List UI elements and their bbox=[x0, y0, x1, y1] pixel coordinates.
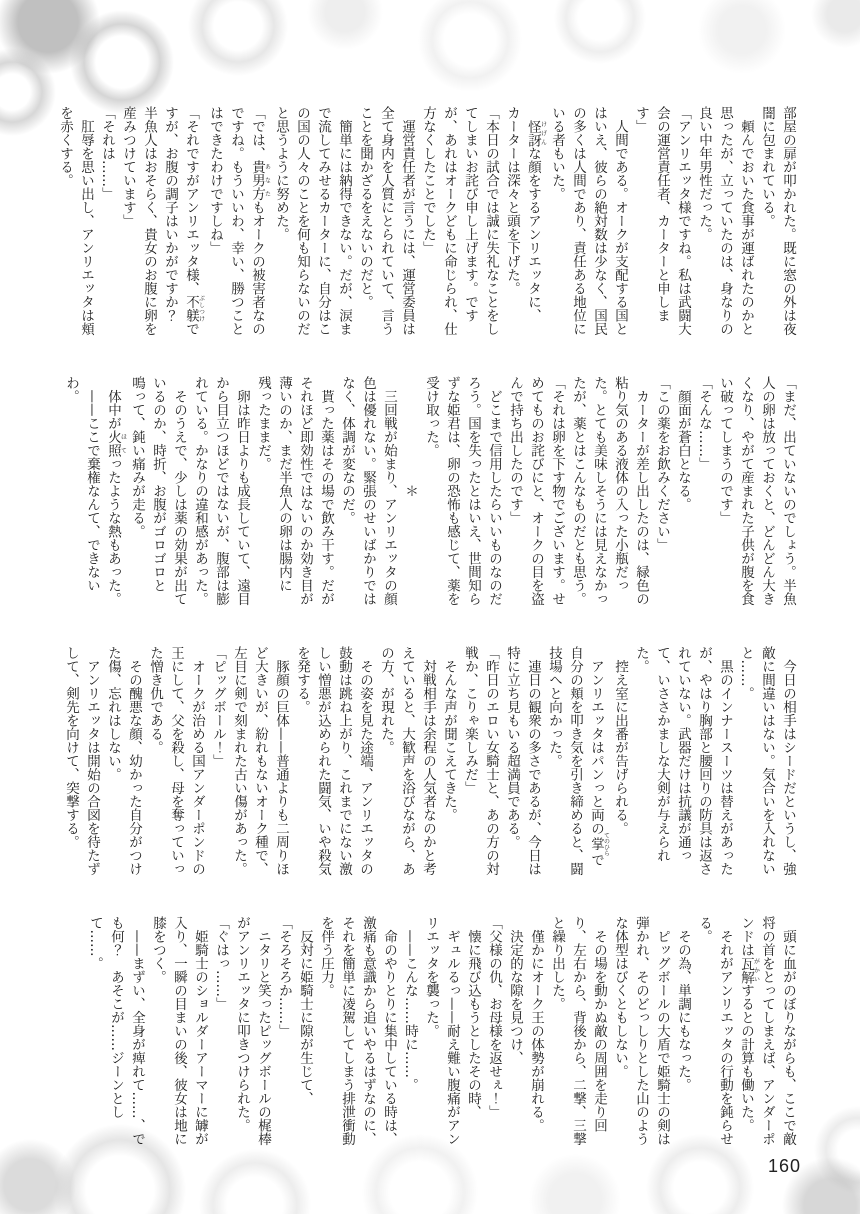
paragraph: 「そんな……」 bbox=[693, 376, 714, 606]
text-band-4: 頭に血がのぼりながらも、ここで敵将の首をとってしまえば、アンダーポンドは瓦解がか… bbox=[78, 916, 798, 1146]
paragraph: 人間である。オークが支配する国とはいえ、彼らの絶対数は少なく、国民の多くは人間で… bbox=[546, 106, 630, 336]
furigana-ruby: 火照ほて bbox=[105, 430, 121, 457]
text-band-3: 今日の相手はシードだというし、強敵に間違いはない。気合いを入れないと……。 黒の… bbox=[78, 646, 798, 876]
paragraph: そんな声が聞こえてきた。 bbox=[438, 646, 459, 876]
paragraph: 「ピッグボール！」 bbox=[207, 646, 228, 876]
paragraph: オークが治める国アンダーポンドの王にして、父を殺し、母を奪っていった憎き仇である… bbox=[144, 646, 207, 876]
paragraph: 卵は昨日よりも成長していて、遠目から目立つほどではないが、腹部は膨れている。かな… bbox=[189, 376, 252, 606]
paragraph: 僅かにオーク王の体勢が崩れる。 bbox=[525, 916, 546, 1146]
paragraph: 「それは卵を下す物でございます。せめてものお詫びにと、オークの目を盗んで持ち出し… bbox=[504, 376, 567, 606]
paragraph: 「まだ、出ていないのでしょう。半魚人の卵は放っておくと、どんどん大きくなり、やが… bbox=[714, 376, 798, 606]
furigana-ruby: 怪訝けげん bbox=[525, 120, 541, 147]
paragraph: 黒のインナースーツは替えがあったが、やはり胸部と腰回りの防具は返されていない。武… bbox=[630, 646, 735, 876]
paragraph: 「それですがアンリエッタ様、不躾ぶしつけですが、お腹の調子はいかがですか？ 半魚… bbox=[117, 106, 204, 336]
paragraph: 「父様の仇、お母様を返せぇ！」 bbox=[483, 916, 504, 1146]
paragraph: それがアンリエッタの行動を鈍らせる。 bbox=[693, 916, 735, 1146]
paragraph: 怪訝けげんな顔をするアンリエッタに、カーターは深々と頭を下げた。 bbox=[501, 106, 546, 336]
paragraph: 今日の相手はシードだというし、強敵に間違いはない。気合いを入れないと……。 bbox=[735, 646, 798, 876]
paragraph: 肛辱を思い出し、アンリエッタは頬を赤くする。 bbox=[54, 106, 96, 336]
paragraph: 体中が火照ほてったような熱もあった。 bbox=[102, 376, 126, 606]
paragraph: 「この薬をお飲みください」 bbox=[651, 376, 672, 606]
paragraph: 懐に飛び込もうとしたその時、 bbox=[462, 916, 483, 1146]
paragraph: そのうえで、少しは薬の効果が出ているのか、時折、お腹がゴロゴロと鳴って、鈍い痛み… bbox=[126, 376, 189, 606]
paragraph: 「ぐはっ……」 bbox=[210, 916, 231, 1146]
paragraph: 頼んでおいた食事が運ばれたのかと思ったが、立っていたのは、身なりの良い中年男性だ… bbox=[693, 106, 756, 336]
paragraph: 簡単には納得できない。だが、涙まで流してみせるカーターに、自分はこの国の人々のこ… bbox=[270, 106, 354, 336]
paragraph: ——まずい、全身が痺れて……、でも何？ あそこが……ジーンとして……。 bbox=[84, 916, 147, 1146]
paragraph: 「アンリエッタ様ですね。私は武闘大会の運営責任者、カーターと申します」 bbox=[630, 106, 693, 336]
paragraph: 姫騎士のショルダーアーマーに罅が入り、一瞬の目まいの後、彼女は地に膝をつく。 bbox=[147, 916, 210, 1146]
paragraph: アンリエッタはパンっと両の掌てのひらで自分の頬を叩き気を引き締めると、闘技場へと… bbox=[543, 646, 609, 876]
paragraph: ——こんな……時に……。 bbox=[399, 916, 420, 1146]
paragraph: どこまで信用したらいいものなのだろう。国を失ったとはいえ、世間知らずな姫君は、卵… bbox=[420, 376, 504, 606]
paragraph: 命のやりとりに集中している時は、激痛も意識から追いやるはずなのに、それを簡単に凌… bbox=[315, 916, 399, 1146]
paragraph: 「そろそろか……」 bbox=[273, 916, 294, 1146]
text-band-2: 「まだ、出ていないのでしょう。半魚人の卵は放っておくと、どんどん大きくなり、やが… bbox=[78, 376, 798, 606]
paragraph: ＊ bbox=[399, 376, 420, 606]
book-page: { "page": { "number": "160" }, "content"… bbox=[0, 0, 860, 1214]
paragraph: 決定的な隙を見つけ、 bbox=[504, 916, 525, 1146]
paragraph: ニタリと笑ったピッグボールの梶棒がアンリエッタに叩きつけられた。 bbox=[231, 916, 273, 1146]
paragraph: 頭に血がのぼりながらも、ここで敵将の首をとってしまえば、アンダーポンドは瓦解がか… bbox=[735, 916, 798, 1146]
paragraph: 「昨日のエロい女騎士と、あの方の対戦か、こりゃ楽しみだ」 bbox=[459, 646, 501, 876]
paragraph: ピッグボールの大盾で姫騎士の剣は弾かれ、そのどっしりとした山のような体型はびくと… bbox=[609, 916, 672, 1146]
paragraph: その為、単調にもなった。 bbox=[672, 916, 693, 1146]
furigana-ruby: 貴男方あなた bbox=[249, 160, 265, 201]
paragraph: 「それは……」 bbox=[96, 106, 117, 336]
paragraph: 貰った薬はその場で飲み干す。だがそれほど即効性ではないのか効き目が薄いのか、まだ… bbox=[252, 376, 336, 606]
paragraph: その場を動かぬ敵の周囲を走り回り、左右から、背後から、二撃、三撃と繰り出した。 bbox=[546, 916, 609, 1146]
paragraph: 対戦相手は余程の人気者なのかと考えていると、大歓声を浴びながら、あの方、が現れた… bbox=[375, 646, 438, 876]
paragraph: 反対に姫騎士に隙が生じて、 bbox=[294, 916, 315, 1146]
paragraph: 豚顔の巨体——普通よりも二周りほど大きいが、紛れもないオーク種で、左目に剣で刻ま… bbox=[228, 646, 291, 876]
text-band-1: 部屋の扉が叩かれた。既に窓の外は夜闇に包まれている。 頼んでおいた食事が運ばれた… bbox=[78, 106, 798, 336]
paragraph: 「では、貴男方あなたもオークの被害者なのですね。もういいわ、幸い、勝つことはでき… bbox=[204, 106, 270, 336]
paragraph: 顔面が蒼白となる。 bbox=[672, 376, 693, 606]
furigana-ruby: 不躾ぶしつけ bbox=[183, 295, 199, 322]
paragraph: その醜悪な顔、幼かった自分がつけた傷、忘れはしない。 bbox=[102, 646, 144, 876]
paragraph: カーターが差し出したのは、緑色の粘り気のある液体の入った小瓶だった。とても美味し… bbox=[567, 376, 651, 606]
paragraph: 三回戦が始まり、アンリエッタの顔色は優れない。緊張のせいばかりではなく、体調が変… bbox=[336, 376, 399, 606]
paragraph: 部屋の扉が叩かれた。既に窓の外は夜闇に包まれている。 bbox=[756, 106, 798, 336]
paragraph: 連日の観衆の多さであるが、今日は特に立ち見もいる超満員である。 bbox=[501, 646, 543, 876]
furigana-ruby: 瓦解がかい bbox=[738, 957, 754, 984]
paragraph: 運営責任者が言うには、運営委員は全て身内を人質にとられていて、言うことを聞かざる… bbox=[354, 106, 417, 336]
paragraph: ——ここで棄権なんて、できないわ。 bbox=[60, 376, 102, 606]
paragraph: 「本日の試合では誠に失礼なことをしてしまいお詫び申し上げます。ですが、あれはオー… bbox=[417, 106, 501, 336]
paragraph: 控え室に出番が告げられる。 bbox=[609, 646, 630, 876]
paragraph: その姿を見た途端、アンリエッタの鼓動は跳ね上がり、これまでにない激しい憎悪が込め… bbox=[291, 646, 375, 876]
paragraph: ギュルるっ——耐え難い腹痛がアンリエッタを襲った。 bbox=[420, 916, 462, 1146]
page-number: 160 bbox=[768, 1156, 801, 1177]
furigana-ruby: 掌てのひら bbox=[588, 835, 604, 853]
paragraph: アンリエッタは開始の合図を待たずして、剣先を向けて、突撃する。 bbox=[60, 646, 102, 876]
